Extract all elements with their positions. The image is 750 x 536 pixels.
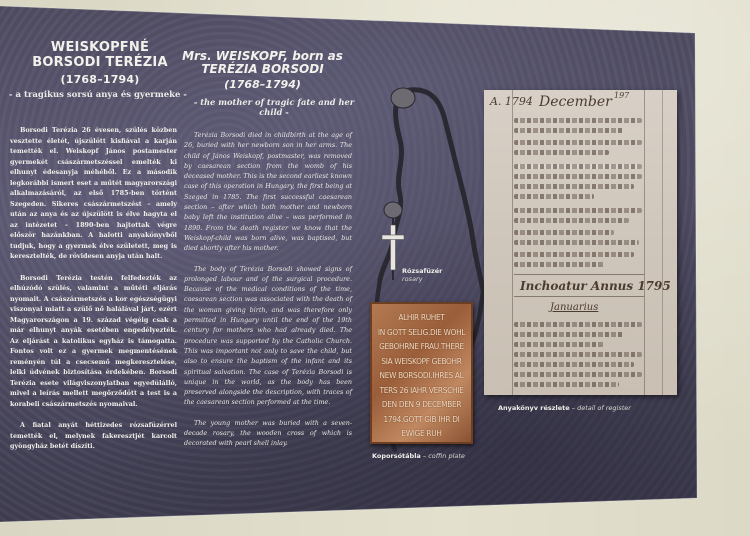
paragraph-en-3: The young mother was buried with a seven… bbox=[184, 418, 352, 449]
register-column-rule bbox=[644, 90, 645, 395]
rosary-caption: Rózsafüzér rosary bbox=[402, 267, 442, 283]
register-caption-en: detail of register bbox=[577, 404, 631, 412]
subtitle-hungarian: - a tragikus sorsú anya és gyermeke - bbox=[8, 90, 188, 100]
register-subheading: Januarius bbox=[550, 302, 598, 313]
handwriting-line bbox=[514, 230, 614, 235]
paragraph-hu-3: A fiatal anyát héttizedes rózsafüzérrel … bbox=[10, 420, 177, 452]
register-page-number: 197 bbox=[614, 91, 629, 100]
handwriting-line-highlighted bbox=[514, 164, 642, 169]
register-image: A. 1794 December 197 Inchoatur Annus 179… bbox=[484, 90, 677, 395]
handwriting-line bbox=[514, 208, 642, 213]
title-hu-years: (1768–1794) bbox=[20, 72, 180, 87]
coffin-plate-image: ALHIR RUHET IN GOTT SELIG.DIE WOHL GEBOH… bbox=[370, 302, 473, 444]
handwriting-line bbox=[514, 262, 604, 267]
paragraph-hu-2: Borsodi Terézia testén felfedezték az el… bbox=[10, 273, 177, 410]
register-divider bbox=[514, 274, 644, 275]
title-hu-line2: BORSODI TERÉZIA bbox=[20, 55, 180, 70]
register-month: December bbox=[539, 94, 612, 110]
title-english: Mrs. WEISKOPF, born as TERÉZIA BORSODI (… bbox=[180, 50, 345, 91]
title-en-line2: TERÉZIA BORSODI bbox=[180, 63, 345, 76]
handwriting-line bbox=[514, 194, 594, 199]
handwriting-line bbox=[514, 118, 642, 123]
title-hu-line1: WEISKOPFNÉ bbox=[20, 40, 180, 55]
rosary-caption-en: rosary bbox=[402, 275, 442, 283]
plate-line: SIA WEISKOPF GEBOHR bbox=[375, 354, 468, 369]
handwriting-line bbox=[514, 352, 642, 357]
handwriting-line bbox=[514, 218, 629, 223]
title-hungarian: WEISKOPFNÉ BORSODI TERÉZIA (1768–1794) bbox=[20, 40, 180, 87]
plate-line: NEW BORSODI.IHRES AL bbox=[375, 368, 468, 383]
body-english: Terézia Borsodi died in childbirth at th… bbox=[184, 130, 352, 459]
plate-line: GEBOHRNE FRAU.THERE bbox=[375, 339, 468, 354]
plate-line: IN GOTT SELIG.DIE WOHL bbox=[375, 325, 468, 340]
handwriting-line bbox=[514, 128, 624, 133]
register-year: A. 1794 bbox=[490, 95, 533, 108]
handwriting-line bbox=[514, 332, 624, 337]
handwriting-line bbox=[514, 362, 634, 367]
title-en-years: (1768–1794) bbox=[180, 78, 345, 91]
handwriting-line bbox=[514, 240, 639, 245]
handwriting-line bbox=[514, 382, 619, 387]
register-divider bbox=[514, 296, 644, 297]
register-caption-hu: Anyakönyv részlete bbox=[498, 404, 570, 412]
register-section-heading: Inchoatur Annus 1795 bbox=[520, 279, 671, 293]
rosary-caption-hu: Rózsafüzér bbox=[402, 267, 442, 275]
handwriting-line bbox=[514, 174, 642, 179]
handwriting-line bbox=[514, 322, 642, 327]
handwriting-line bbox=[514, 140, 642, 145]
handwriting-line bbox=[514, 150, 609, 155]
subtitle-english: - the mother of tragic fate and her chil… bbox=[184, 97, 364, 117]
handwriting-line bbox=[514, 184, 634, 189]
plate-caption-hu: Koporsótábla bbox=[372, 452, 421, 460]
handwriting-line bbox=[514, 252, 634, 257]
plate-line: TERS 26 IAHR VERSCHIE bbox=[375, 383, 468, 398]
plate-line: EWIGE RUH bbox=[375, 426, 468, 441]
paragraph-en-1: Terézia Borsodi died in childbirth at th… bbox=[184, 130, 352, 254]
register-margin-rule bbox=[512, 90, 513, 395]
coffin-plate-caption: Koporsótábla – coffin plate bbox=[372, 452, 465, 460]
handwriting-line bbox=[514, 372, 642, 377]
plate-line: DEN DEN 9 DECEMBER bbox=[375, 397, 468, 412]
paragraph-en-2: The body of Terézia Borsodi showed signs… bbox=[184, 264, 352, 408]
plate-caption-en: coffin plate bbox=[428, 452, 465, 460]
paragraph-hu-1: Borsodi Terézia 26 évesen, szülés közben… bbox=[10, 125, 177, 262]
plate-line: 1794.GOTT GIB IHR DI bbox=[375, 412, 468, 427]
register-caption: Anyakönyv részlete – detail of register bbox=[498, 404, 631, 412]
register-column-rule bbox=[662, 90, 663, 395]
body-hungarian: Borsodi Terézia 26 évesen, szülés közben… bbox=[10, 125, 177, 463]
handwriting-line bbox=[514, 342, 604, 347]
plate-line: ALHIR RUHET bbox=[375, 310, 468, 325]
